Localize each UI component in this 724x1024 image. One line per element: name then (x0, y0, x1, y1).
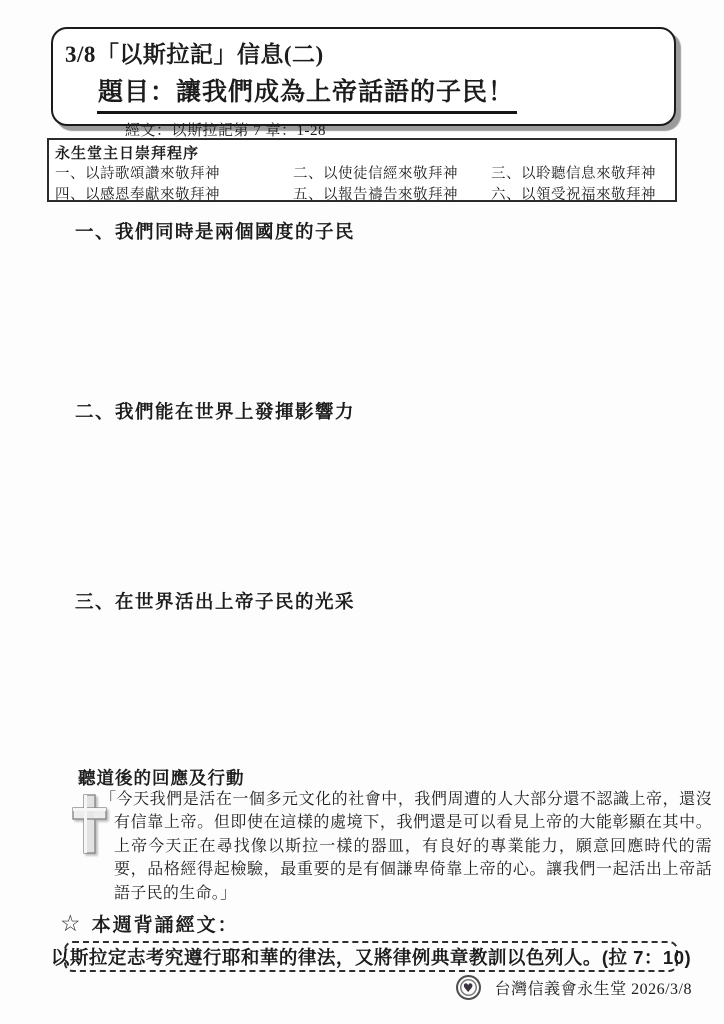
worship-item-5: 五、以報告禱告來敬拜神 (293, 185, 491, 206)
heart-glyph: ♥ (463, 982, 474, 994)
sermon-title-row: 題目：讓我們成為上帝話語的子民！ (97, 72, 674, 114)
sermon-title: 題目：讓我們成為上帝話語的子民！ (97, 72, 517, 114)
worship-item-6: 六、以領受祝福來敬拜神 (491, 185, 675, 206)
header-box: 3/8「以斯拉記」信息(二) 題目：讓我們成為上帝話語的子民！ 經文：以斯拉記第… (51, 27, 676, 126)
worship-item-3: 三、以聆聽信息來敬拜神 (491, 164, 675, 185)
worship-item-2: 二、以使徒信經來敬拜神 (293, 164, 491, 185)
heart-seal-icon: ♥ (456, 975, 481, 1000)
worship-order-box: 永生堂主日崇拜程序 一、以詩歌頌讚來敬拜神 二、以使徒信經來敬拜神 三、以聆聽信… (47, 138, 677, 202)
worship-item-4: 四、以感恩奉獻來敬拜神 (55, 185, 293, 206)
worship-item-1: 一、以詩歌頌讚來敬拜神 (55, 164, 293, 185)
outline-section-1: 一、我們同時是兩個國度的子民 (75, 218, 355, 244)
footer-church-and-date: 台灣信義會永生堂 2026/3/8 (495, 976, 692, 999)
memory-verse-heading-row: ☆ 本週背誦經文： (60, 910, 239, 937)
footer: ♥ 台灣信義會永生堂 2026/3/8 (456, 975, 692, 1000)
response-title: 聽道後的回應及行動 (78, 765, 245, 790)
memory-verse-heading: 本週背誦經文： (92, 910, 239, 937)
memory-verse-box: 以斯拉定志考究遵行耶和華的律法，又將律例典章教訓以色列人。(拉 7：10) (64, 941, 678, 972)
series-title: 3/8「以斯拉記」信息(二) (65, 36, 674, 69)
outline-section-3: 三、在世界活出上帝子民的光采 (75, 588, 355, 614)
outline-section-2: 二、我們能在世界上發揮影響力 (75, 398, 355, 424)
worship-order-list: 一、以詩歌頌讚來敬拜神 二、以使徒信經來敬拜神 三、以聆聽信息來敬拜神 四、以感… (55, 164, 675, 205)
bulletin-page: 3/8「以斯拉記」信息(二) 題目：讓我們成為上帝話語的子民！ 經文：以斯拉記第… (0, 0, 724, 1024)
star-icon: ☆ (60, 912, 81, 935)
response-paragraph: 「今天我們是活在一個多元文化的社會中，我們周遭的人大部分還不認識上帝，還沒有信靠… (100, 788, 712, 905)
memory-verse-text: 以斯拉定志考究遵行耶和華的律法，又將律例典章教訓以色列人。(拉 7：10) (51, 944, 691, 970)
worship-order-title: 永生堂主日崇拜程序 (55, 142, 675, 163)
scripture-reference: 經文：以斯拉記第 7 章：1-28 (125, 119, 674, 140)
